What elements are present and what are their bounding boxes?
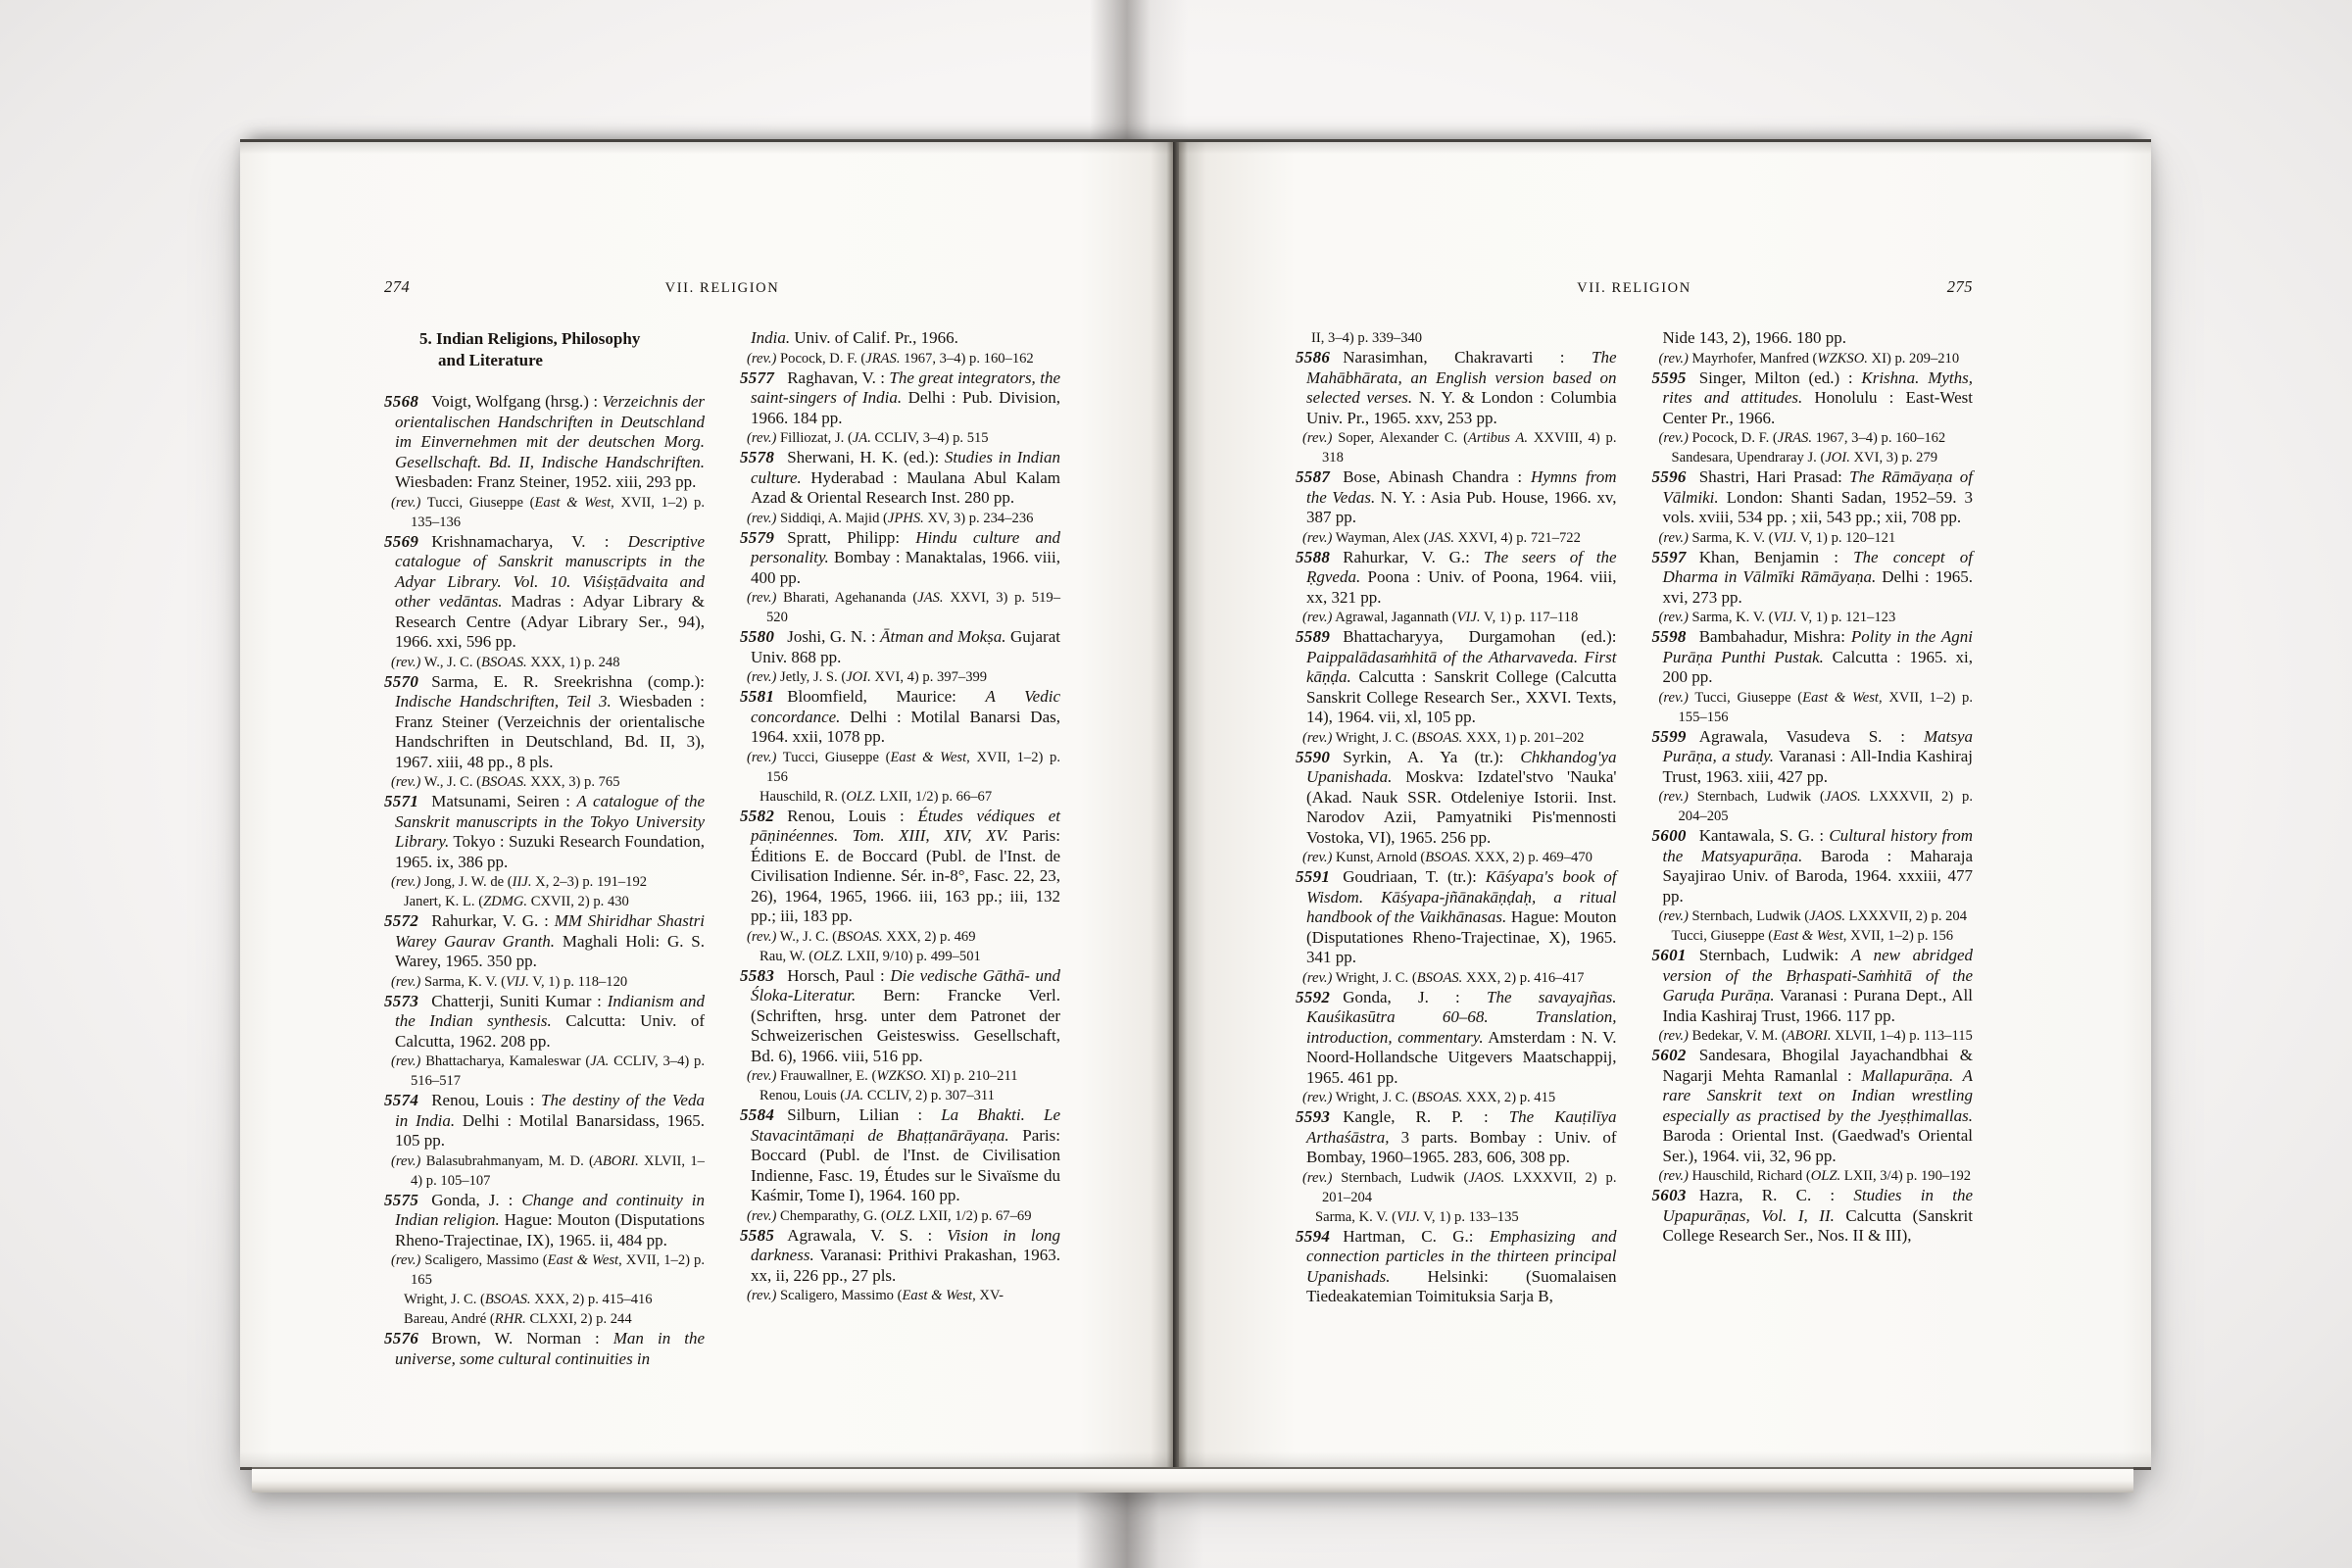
review-line: (rev.) Bharati, Agehananda (JAS. XXVI, 3… xyxy=(740,588,1060,627)
review-line: Renou, Louis (JA. CCLIV, 2) p. 307–311 xyxy=(740,1086,1060,1105)
entry-number: 5595 xyxy=(1652,368,1687,387)
bib-entry-5581: 5581Bloomfield, Maurice: A Vedic concord… xyxy=(740,687,1060,748)
review-line: (rev.) Frauwallner, E. (WZKSO. XI) p. 21… xyxy=(740,1066,1060,1086)
entry-number: 5572 xyxy=(384,911,418,930)
review-line: (rev.) W., J. C. (BSOAS. XXX, 3) p. 765 xyxy=(384,772,705,792)
bib-entry-5594: 5594Hartman, C. G.: Emphasizing and conn… xyxy=(1296,1227,1617,1307)
review-line: Rau, W. (OLZ. LXII, 9/10) p. 499–501 xyxy=(740,947,1060,966)
bib-entry-5576: 5576Brown, W. Norman : Man in the univer… xyxy=(384,1329,705,1369)
bib-entry-5599: 5599Agrawala, Vasudeva S. : Matsya Purāṇ… xyxy=(1652,727,1974,788)
review-line: (rev.) Hauschild, Richard (OLZ. LXII, 3/… xyxy=(1652,1166,1974,1186)
running-head-right: VII. RELIGION xyxy=(1374,280,1894,297)
text-column-2: India. Univ. of Calif. Pr., 1966.(rev.) … xyxy=(740,328,1060,1369)
bib-entry-5586: 5586Narasimhan, Chakravarti : The Mahābh… xyxy=(1296,348,1617,428)
review-line: (rev.) Tucci, Giuseppe (East & West, XVI… xyxy=(740,748,1060,787)
entry-number: 5591 xyxy=(1296,867,1330,886)
section-heading-line-2: and Literature xyxy=(419,350,705,371)
bib-entry-5571: 5571Matsunami, Seiren : A catalogue of t… xyxy=(384,792,705,872)
entry-number: 5592 xyxy=(1296,988,1330,1006)
entry-number: 5598 xyxy=(1652,627,1687,646)
review-line: (rev.) Sarma, K. V. (VIJ. V, 1) p. 121–1… xyxy=(1652,608,1974,627)
review-line: Wright, J. C. (BSOAS. XXX, 2) p. 415–416 xyxy=(384,1290,705,1309)
review-line: (rev.) Mayrhofer, Manfred (WZKSO. XI) p.… xyxy=(1652,349,1974,368)
bib-entry-5600: 5600Kantawala, S. G. : Cultural history … xyxy=(1652,826,1974,906)
bib-entry-5591: 5591Goudriaan, T. (tr.): Kāśyapa's book … xyxy=(1296,867,1617,968)
bib-entry-5592: 5592Gonda, J. : The savayajñas. Kauśikas… xyxy=(1296,988,1617,1089)
review-line: (rev.) Siddiqi, A. Majid (JPHS. XV, 3) p… xyxy=(740,509,1060,528)
entry-number: 5584 xyxy=(740,1105,774,1124)
review-line: (rev.) Tucci, Giuseppe (East & West, XVI… xyxy=(384,493,705,532)
review-line: (rev.) Sarma, K. V. (VIJ. V, 1) p. 118–1… xyxy=(384,972,705,992)
bib-entry-5597: 5597Khan, Benjamin : The concept of Dhar… xyxy=(1652,548,1974,609)
bib-entry-5580: 5580Joshi, G. N. : Ātman and Mokṣa. Guja… xyxy=(740,627,1060,667)
review-line: (rev.) Wright, J. C. (BSOAS. XXX, 1) p. … xyxy=(1296,728,1617,748)
bib-entry-5572: 5572Rahurkar, V. G. : MM Shiridhar Shast… xyxy=(384,911,705,972)
review-line: (rev.) Sternbach, Ludwik (JAOS. LXXXVII,… xyxy=(1296,1168,1617,1207)
bib-entry-5573: 5573Chatterji, Suniti Kumar : Indianism … xyxy=(384,992,705,1053)
bib-entry-5583: 5583Horsch, Paul : Die vedische Gāthā- u… xyxy=(740,966,1060,1067)
bib-entry-5588: 5588Rahurkar, V. G.: The seers of the Ṛg… xyxy=(1296,548,1617,609)
bib-entry-5595: 5595Singer, Milton (ed.) : Krishna. Myth… xyxy=(1652,368,1974,429)
entry-number: 5579 xyxy=(740,528,774,547)
entry-number: 5578 xyxy=(740,448,774,466)
page-number-right: 275 xyxy=(1894,277,1973,297)
bib-entry-5596: 5596Shastri, Hari Prasad: The Rāmāyaṇa o… xyxy=(1652,467,1974,528)
review-line: (rev.) Pocock, D. F. (JRAS. 1967, 3–4) p… xyxy=(1652,428,1974,448)
entry-number: 5601 xyxy=(1652,946,1687,964)
review-line: Tucci, Giuseppe (East & West, XVII, 1–2)… xyxy=(1652,926,1974,946)
entry-number: 5575 xyxy=(384,1191,418,1209)
bib-entry-5582: 5582Renou, Louis : Études védiques et pā… xyxy=(740,807,1060,927)
review-line: (rev.) Bedekar, V. M. (ABORI. XLVII, 1–4… xyxy=(1652,1026,1974,1046)
entry-number: 5583 xyxy=(740,966,774,985)
review-line: (rev.) Balasubrahmanyam, M. D. (ABORI. X… xyxy=(384,1151,705,1191)
section-heading: 5. Indian Religions, Philosophyand Liter… xyxy=(384,328,705,371)
entry-number: 5582 xyxy=(740,807,774,825)
page-left: 274 VII. RELIGION 5. Indian Religions, P… xyxy=(240,142,1173,1467)
review-line: (rev.) Filliozat, J. (JA. CCLIV, 3–4) p.… xyxy=(740,428,1060,448)
entry-number: 5568 xyxy=(384,392,418,411)
bib-entry-5601: 5601Sternbach, Ludwik: A new abridged ve… xyxy=(1652,946,1974,1026)
review-line: (rev.) Jong, J. W. de (IIJ. X, 2–3) p. 1… xyxy=(384,872,705,892)
entry-number: 5570 xyxy=(384,672,418,691)
bib-entry-5570: 5570Sarma, E. R. Sreekrishna (comp.): In… xyxy=(384,672,705,773)
bib-entry-5578: 5578Sherwani, H. K. (ed.): Studies in In… xyxy=(740,448,1060,509)
bib-entry-continuation: India. Univ. of Calif. Pr., 1966. xyxy=(740,328,1060,349)
bib-entry-5574: 5574Renou, Louis : The destiny of the Ve… xyxy=(384,1091,705,1151)
entry-number: 5589 xyxy=(1296,627,1330,646)
review-line: (rev.) Soper, Alexander C. (Artibus A. X… xyxy=(1296,428,1617,467)
text-column-4: Nide 143, 2), 1966. 180 pp.(rev.) Mayrho… xyxy=(1652,328,1974,1307)
entry-number: 5600 xyxy=(1652,826,1687,845)
bib-entry-5568: 5568Voigt, Wolfgang (hrsg.) : Verzeichni… xyxy=(384,392,705,493)
bib-entry-5590: 5590Syrkin, A. Ya (tr.): Chkhandog'ya Up… xyxy=(1296,748,1617,849)
entry-number: 5596 xyxy=(1652,467,1687,486)
review-line: (rev.) Wright, J. C. (BSOAS. XXX, 2) p. … xyxy=(1296,1088,1617,1107)
open-book: 274 VII. RELIGION 5. Indian Religions, P… xyxy=(240,139,2151,1470)
text-columns-left-page: 5. Indian Religions, Philosophyand Liter… xyxy=(384,328,1060,1369)
entry-number: 5574 xyxy=(384,1091,418,1109)
review-line: (rev.) Chemparathy, G. (OLZ. LXII, 1/2) … xyxy=(740,1206,1060,1226)
review-line: (rev.) Scaligero, Massimo (East & West, … xyxy=(740,1286,1060,1305)
entry-number: 5576 xyxy=(384,1329,418,1347)
bib-entry-5585: 5585Agrawala, V. S. : Vision in long dar… xyxy=(740,1226,1060,1287)
review-line: Sarma, K. V. (VIJ. V, 1) p. 133–135 xyxy=(1296,1207,1617,1227)
page-block-bottom-edge xyxy=(252,1467,2133,1493)
entry-number: 5571 xyxy=(384,792,418,810)
review-line: (rev.) Kunst, Arnold (BSOAS. XXX, 2) p. … xyxy=(1296,848,1617,867)
bib-entry-5587: 5587Bose, Abinash Chandra : Hymns from t… xyxy=(1296,467,1617,528)
review-line: (rev.) Wright, J. C. (BSOAS. XXX, 2) p. … xyxy=(1296,968,1617,988)
review-line: Hauschild, R. (OLZ. LXII, 1/2) p. 66–67 xyxy=(740,787,1060,807)
page-number-left: 274 xyxy=(384,277,463,297)
bib-entry-5577: 5577Raghavan, V. : The great integrators… xyxy=(740,368,1060,429)
bib-entry-5602: 5602Sandesara, Bhogilal Jayachandbhai & … xyxy=(1652,1046,1974,1166)
bib-entry-continuation: Nide 143, 2), 1966. 180 pp. xyxy=(1652,328,1974,349)
entry-number: 5569 xyxy=(384,532,418,551)
text-column-1: 5. Indian Religions, Philosophyand Liter… xyxy=(384,328,705,1369)
review-line: (rev.) Scaligero, Massimo (East & West, … xyxy=(384,1250,705,1290)
bib-entry-5598: 5598Bambahadur, Mishra: Polity in the Ag… xyxy=(1652,627,1974,688)
bib-entry-5584: 5584Silburn, Lilian : La Bhakti. Le Stav… xyxy=(740,1105,1060,1206)
review-line: II, 3–4) p. 339–340 xyxy=(1296,328,1617,348)
review-line: (rev.) Jetly, J. S. (JOI. XVI, 4) p. 397… xyxy=(740,667,1060,687)
text-columns-right-page: II, 3–4) p. 339–3405586Narasimhan, Chakr… xyxy=(1296,328,1973,1307)
bib-entry-5575: 5575Gonda, J. : Change and continuity in… xyxy=(384,1191,705,1251)
review-line: (rev.) Agrawal, Jagannath (VIJ. V, 1) p.… xyxy=(1296,608,1617,627)
review-line: Bareau, André (RHR. CLXXI, 2) p. 244 xyxy=(384,1309,705,1329)
review-line: (rev.) Bhattacharya, Kamaleswar (JA. CCL… xyxy=(384,1052,705,1091)
review-line: (rev.) Sarma, K. V. (VIJ. V, 1) p. 120–1… xyxy=(1652,528,1974,548)
entry-number: 5602 xyxy=(1652,1046,1687,1064)
bib-entry-5603: 5603Hazra, R. C. : Studies in the Upapur… xyxy=(1652,1186,1974,1247)
running-head-left: VII. RELIGION xyxy=(463,280,982,297)
section-heading-line-1: 5. Indian Religions, Philosophy xyxy=(419,328,705,350)
entry-number: 5588 xyxy=(1296,548,1330,566)
entry-number: 5577 xyxy=(740,368,774,387)
entry-number: 5599 xyxy=(1652,727,1687,746)
text-column-3: II, 3–4) p. 339–3405586Narasimhan, Chakr… xyxy=(1296,328,1617,1307)
page-header-right: VII. RELIGION 275 xyxy=(1296,277,1973,297)
book-photo-scene: 274 VII. RELIGION 5. Indian Religions, P… xyxy=(0,0,2352,1568)
entry-number: 5593 xyxy=(1296,1107,1330,1126)
review-line: (rev.) Sternbach, Ludwik (JAOS. LXXXVII,… xyxy=(1652,787,1974,826)
entry-number: 5597 xyxy=(1652,548,1687,566)
review-line: (rev.) Pocock, D. F. (JRAS. 1967, 3–4) p… xyxy=(740,349,1060,368)
entry-number: 5573 xyxy=(384,992,418,1010)
entry-number: 5585 xyxy=(740,1226,774,1245)
page-right: VII. RELIGION 275 II, 3–4) p. 339–340558… xyxy=(1179,142,2151,1467)
entry-number: 5603 xyxy=(1652,1186,1687,1204)
entry-number: 5587 xyxy=(1296,467,1330,486)
review-line: (rev.) Tucci, Giuseppe (East & West, XVI… xyxy=(1652,688,1974,727)
entry-number: 5594 xyxy=(1296,1227,1330,1246)
review-line: (rev.) Wayman, Alex (JAS. XXVI, 4) p. 72… xyxy=(1296,528,1617,548)
bib-entry-5593: 5593Kangle, R. P. : The Kauṭilīya Arthaś… xyxy=(1296,1107,1617,1168)
entry-number: 5590 xyxy=(1296,748,1330,766)
entry-number: 5581 xyxy=(740,687,774,706)
review-line: (rev.) W., J. C. (BSOAS. XXX, 1) p. 248 xyxy=(384,653,705,672)
entry-number: 5580 xyxy=(740,627,774,646)
bib-entry-5589: 5589Bhattacharyya, Durgamohan (ed.): Pai… xyxy=(1296,627,1617,728)
review-line: Sandesara, Upendraray J. (JOI. XVI, 3) p… xyxy=(1652,448,1974,467)
backdrop-strip-top xyxy=(1090,0,1188,139)
page-header-left: 274 VII. RELIGION xyxy=(384,277,1060,297)
bib-entry-5579: 5579Spratt, Philipp: Hindu culture and p… xyxy=(740,528,1060,589)
bib-entry-5569: 5569Krishnamacharya, V. : Descriptive ca… xyxy=(384,532,705,653)
review-line: (rev.) Sternbach, Ludwik (JAOS. LXXXVII,… xyxy=(1652,906,1974,926)
entry-number: 5586 xyxy=(1296,348,1330,367)
review-line: Janert, K. L. (ZDMG. CXVII, 2) p. 430 xyxy=(384,892,705,911)
review-line: (rev.) W., J. C. (BSOAS. XXX, 2) p. 469 xyxy=(740,927,1060,947)
